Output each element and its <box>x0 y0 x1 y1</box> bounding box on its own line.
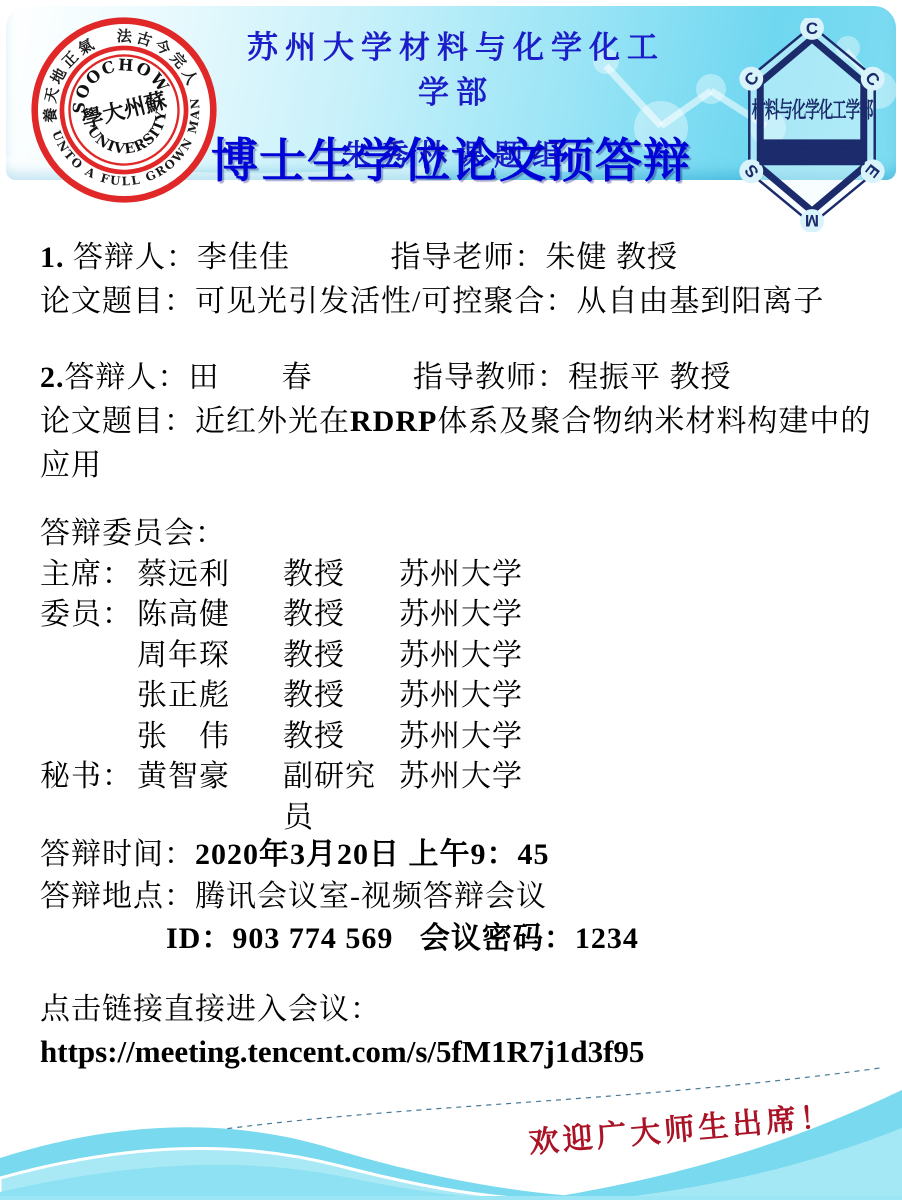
meeting-info-section: 答辩时间：2020年3月20日 上午9：45 答辩地点：腾讯会议室-视频答辩会议… <box>40 834 876 960</box>
candidate-name: 田 春 <box>189 361 313 394</box>
committee-role: 主席： <box>40 555 137 596</box>
committee-member-name: 黄智豪 <box>137 757 283 838</box>
time-label: 答辩时间： <box>40 838 195 871</box>
advisor-label: 指导教师： <box>413 361 568 394</box>
committee-member-name: 张 伟 <box>137 717 283 758</box>
committee-role <box>40 676 137 717</box>
committee-member-affiliation: 苏州大学 <box>399 636 523 677</box>
candidate-label: 答辩人： <box>65 361 189 394</box>
committee-member-title: 教授 <box>283 676 399 717</box>
time-value: 2020年3月20日 上午9：45 <box>195 838 550 871</box>
committee-member-title: 教授 <box>283 636 399 677</box>
logo-letter: C <box>806 19 818 38</box>
thesis-label: 论文题目： <box>40 285 195 318</box>
thesis-title: 可见光引发活性/可控聚合：从自由基到阳离子 <box>195 285 824 318</box>
candidate-number: 2. <box>40 361 65 394</box>
committee-role: 秘书： <box>40 757 137 838</box>
advisor-label: 指导老师： <box>391 241 546 274</box>
committee-row: 委员： 陈高健 教授 苏州大学 <box>40 595 876 636</box>
committee-row: 秘书： 黄智豪 副研究员 苏州大学 <box>40 757 876 838</box>
thesis-title: 近红外光在 <box>195 405 350 438</box>
committee-member-affiliation: 苏州大学 <box>399 555 523 596</box>
thesis-label: 论文题目： <box>40 405 195 438</box>
defense-time-line: 答辩时间：2020年3月20日 上午9：45 <box>40 834 876 876</box>
place-label: 答辩地点： <box>40 880 195 913</box>
link-instruction: 点击链接直接进入会议： <box>40 990 876 1030</box>
committee-member-affiliation: 苏州大学 <box>399 717 523 758</box>
place-value: 腾讯会议室-视频答辩会议 <box>195 880 547 913</box>
candidate-1-line: 1. 答辩人：李佳佳 指导老师：朱健 教授 <box>40 236 876 280</box>
thesis-title-bold: RDRP <box>350 405 437 438</box>
candidate-label: 答辩人： <box>73 241 197 274</box>
committee-member-title: 副研究员 <box>283 757 399 838</box>
committee-row: 张正彪 教授 苏州大学 <box>40 676 876 717</box>
defense-place-line: 答辩地点：腾讯会议室-视频答辩会议 <box>40 876 876 918</box>
candidate-name: 李佳佳 <box>197 241 290 274</box>
meeting-id-line: ID：903 774 569 会议密码：1234 <box>40 918 876 960</box>
committee-role <box>40 636 137 677</box>
committee-member-name: 张正彪 <box>137 676 283 717</box>
candidate-2-line: 2.答辩人：田 春 指导教师：程振平 教授 <box>40 356 876 400</box>
committee-member-name: 蔡远利 <box>137 555 283 596</box>
meeting-id-label: ID： <box>166 922 232 955</box>
committee-row: 张 伟 教授 苏州大学 <box>40 717 876 758</box>
soochow-university-seal: 養天地正氣 法古今完人 UNTO A FULL GROWN MAN SOOCHO… <box>0 0 250 227</box>
thesis-title-line: 论文题目：近红外光在RDRP体系及聚合物纳米材料构建中的应用 <box>40 400 876 488</box>
thesis-title-line: 论文题目：可见光引发活性/可控聚合：从自由基到阳离子 <box>40 280 876 324</box>
password-value: 1234 <box>575 922 639 955</box>
organization-name: 苏州大学材料与化学化工学部 <box>241 22 671 112</box>
candidate-1-section: 1. 答辩人：李佳佳 指导老师：朱健 教授 论文题目：可见光引发活性/可控聚合：… <box>40 236 876 324</box>
committee-member-title: 教授 <box>283 555 399 596</box>
meeting-id-value: 903 774 569 <box>232 922 393 955</box>
candidate-2-section: 2.答辩人：田 春 指导教师：程振平 教授 论文题目：近红外光在RDRP体系及聚… <box>40 356 876 488</box>
committee-member-affiliation: 苏州大学 <box>399 676 523 717</box>
committee-member-name: 周年琛 <box>137 636 283 677</box>
committee-role <box>40 717 137 758</box>
committee-member-title: 教授 <box>283 595 399 636</box>
advisor-name: 程振平 教授 <box>568 361 732 394</box>
committee-role: 委员： <box>40 595 137 636</box>
committee-heading: 答辩委员会： <box>40 514 876 555</box>
logo-inner-text: 材料与化学化工学部 <box>752 96 874 122</box>
page-title: 博士生学位论文预答辩 <box>0 124 902 191</box>
committee-member-affiliation: 苏州大学 <box>399 757 523 838</box>
committee-member-name: 陈高健 <box>137 595 283 636</box>
candidate-number: 1. <box>40 241 65 274</box>
password-label: 会议密码： <box>420 922 575 955</box>
advisor-name: 朱健 教授 <box>546 241 679 274</box>
poster-page: 養天地正氣 法古今完人 UNTO A FULL GROWN MAN SOOCHO… <box>0 0 902 1200</box>
committee-row: 周年琛 教授 苏州大学 <box>40 636 876 677</box>
committee-member-title: 教授 <box>283 717 399 758</box>
logo-letter: M <box>805 211 819 230</box>
committee-member-affiliation: 苏州大学 <box>399 595 523 636</box>
committee-section: 答辩委员会： 主席： 蔡远利 教授 苏州大学 委员： 陈高健 教授 苏州大学 周… <box>40 514 876 838</box>
committee-row: 主席： 蔡远利 教授 苏州大学 <box>40 555 876 596</box>
